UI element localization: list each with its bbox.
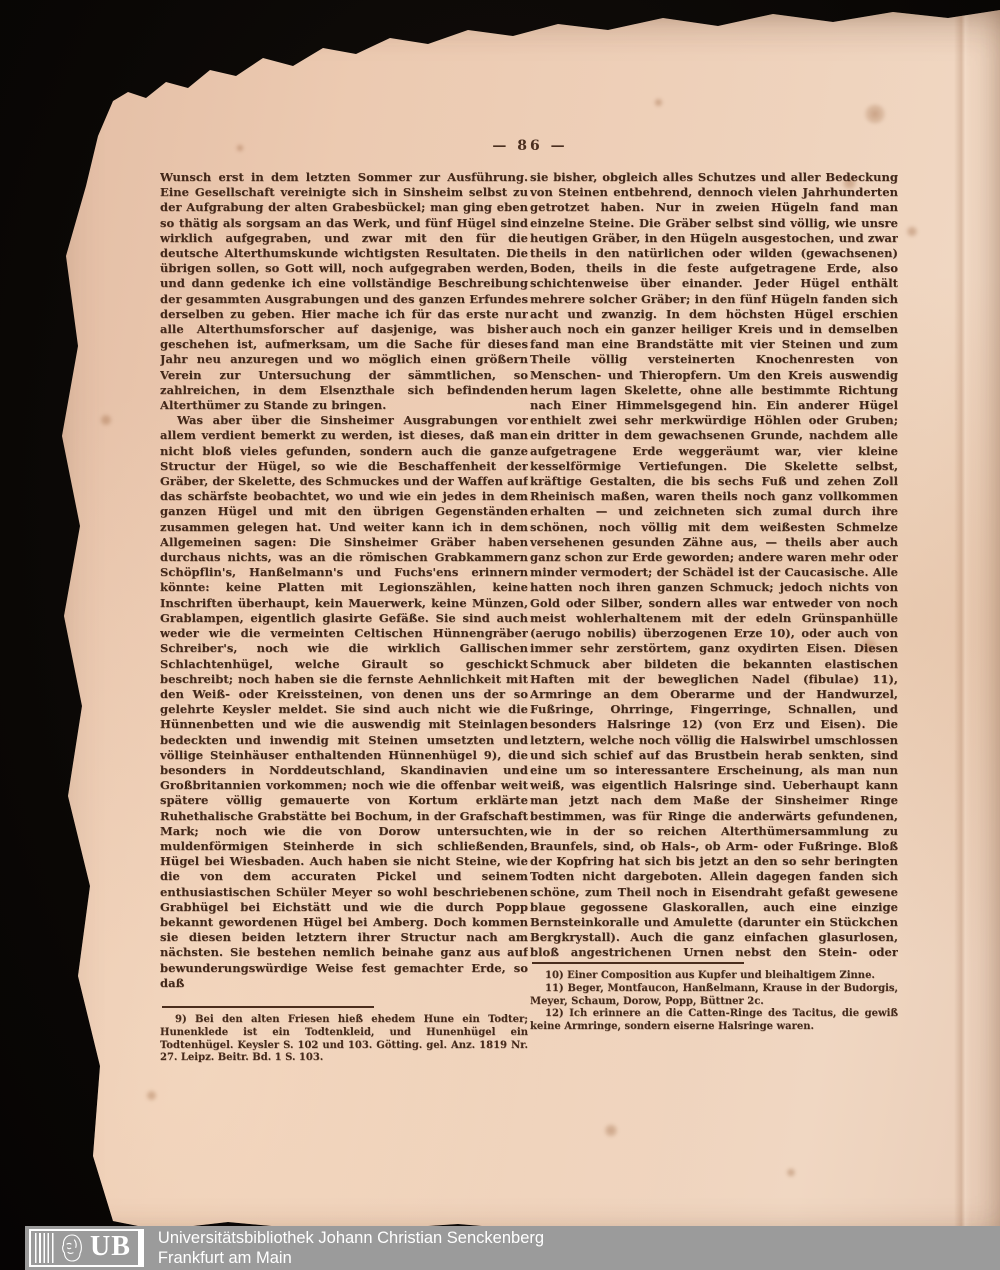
footer-institution: Universitätsbibliothek Johann Christian … [158, 1228, 544, 1248]
library-footer-bar: UB Universitätsbibliothek Johann Christi… [25, 1226, 1000, 1270]
paragraph: sie bisher, obgleich alles Schutzes und … [530, 170, 898, 960]
foxing-stain [146, 1090, 157, 1101]
footnote: 11) Beger, Montfaucon, Hanßelmann, Kraus… [530, 983, 898, 1009]
foxing-stain [654, 98, 663, 107]
ub-logo-text: UB [89, 1233, 134, 1263]
footnote-separator [162, 1006, 374, 1008]
footnotes-right: 10) Einer Composition aus Kupfer und ble… [530, 962, 898, 1034]
foxing-stain [100, 414, 112, 426]
text-column-left: Wunsch erst in dem letzten Sommer zur Au… [160, 170, 528, 992]
page-number: — 86 — [160, 138, 900, 154]
footnote: 9) Bei den alten Friesen hieß ehedem Hun… [160, 1014, 528, 1065]
goethe-portrait-icon [59, 1233, 85, 1263]
foxing-stain [786, 1168, 796, 1177]
foxing-stain [864, 104, 886, 124]
footer-text: Universitätsbibliothek Johann Christian … [158, 1228, 544, 1268]
paragraph: Was aber über die Sinsheimer Ausgrabunge… [160, 413, 528, 991]
footnotes-left: 9) Bei den alten Friesen hieß ehedem Hun… [160, 1006, 528, 1065]
foxing-stain [906, 226, 918, 237]
page-fold-crease [954, 6, 970, 1236]
barcode-stripes-icon [35, 1233, 55, 1263]
footnote: 10) Einer Composition aus Kupfer und ble… [530, 970, 898, 983]
footer-city: Frankfurt am Main [158, 1248, 544, 1268]
book-page-scan: — 86 — Wunsch erst in dem letzten Sommer… [38, 6, 1000, 1236]
logo-divider [138, 1231, 142, 1265]
text-column-right: sie bisher, obgleich alles Schutzes und … [530, 170, 898, 960]
footnote-separator [532, 962, 744, 964]
foxing-stain [604, 1124, 618, 1137]
ub-logo: UB [29, 1229, 144, 1267]
footnote: 12) Ich erinnere an die Catten-Ringe des… [530, 1008, 898, 1034]
paragraph: Wunsch erst in dem letzten Sommer zur Au… [160, 170, 528, 413]
